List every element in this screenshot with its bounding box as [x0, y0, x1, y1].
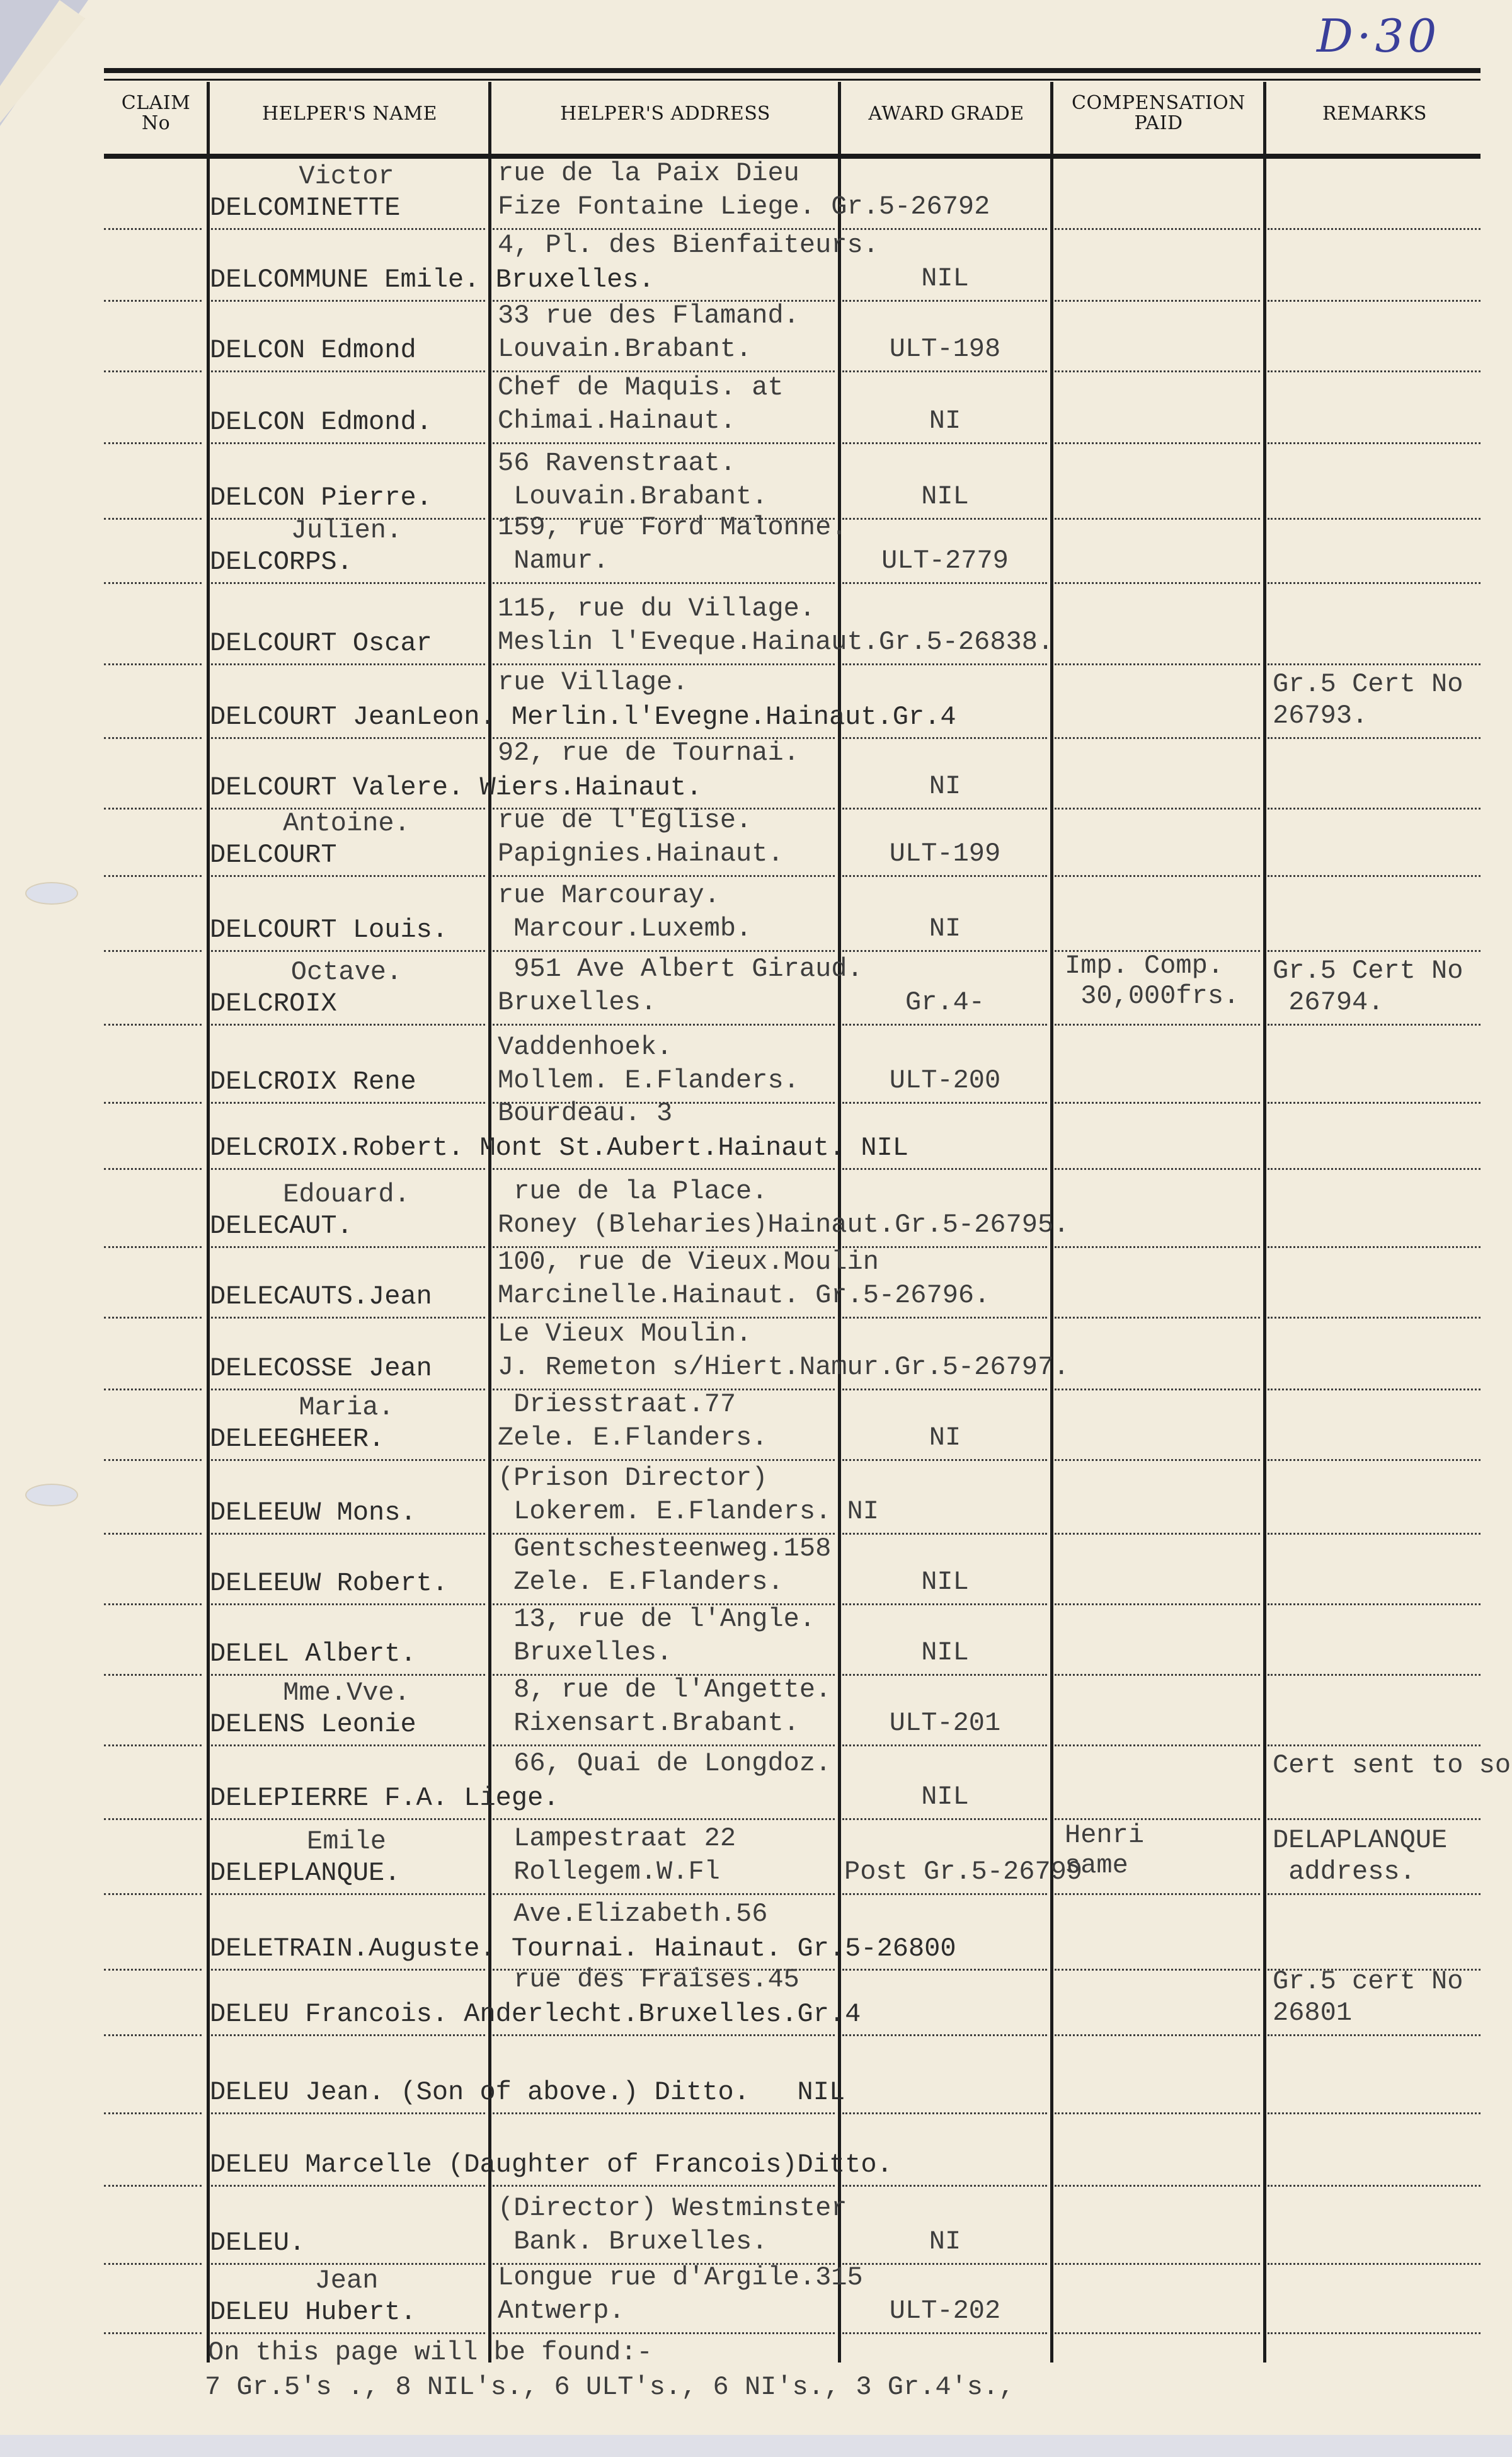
row-separator [211, 737, 485, 739]
helper-first-name: Victor [211, 161, 482, 192]
row-separator [211, 1389, 485, 1390]
row-separator [842, 1893, 1047, 1895]
row-separator [842, 2112, 1047, 2114]
row-separator [493, 1893, 835, 1895]
helper-address-line2: Marcinelle.Hainaut. Gr.5-26796. [498, 1280, 990, 1310]
row-separator [1268, 1102, 1480, 1104]
row-separator [1268, 1818, 1480, 1820]
header-top-thick-rule [104, 68, 1480, 73]
row-separator [1268, 1389, 1480, 1390]
helper-name: DELCOURT Louis. [210, 915, 448, 945]
row-separator [842, 1533, 1047, 1535]
row-separator [493, 2112, 835, 2114]
row-separator [1268, 518, 1480, 520]
helper-name: DELEU Hubert. [210, 2297, 416, 2327]
row-separator [1055, 1024, 1260, 1026]
row-separator [211, 2034, 485, 2036]
award-grade: NIL [844, 1782, 1046, 1812]
helper-name: DELCOMMUNE Emile. Bruxelles. [210, 265, 655, 295]
remarks-line1: Gr.5 Cert No [1273, 956, 1463, 986]
row-separator [1268, 737, 1480, 739]
row-separator [211, 2112, 485, 2114]
row-separator [842, 2185, 1047, 2187]
row-separator [1055, 2185, 1260, 2187]
row-separator [104, 875, 202, 877]
award-grade: NIL [844, 1637, 1046, 1668]
row-separator [842, 808, 1047, 810]
helper-address-line1: 33 rue des Flamand. [498, 301, 799, 331]
helper-address-line2: Antwerp. [498, 2296, 625, 2326]
row-separator [1268, 442, 1480, 444]
row-separator [1055, 1102, 1260, 1104]
row-separator [1055, 300, 1260, 302]
row-separator [211, 442, 485, 444]
row-separator [211, 2185, 485, 2187]
helper-address-line1: rue de l'Eglise. [498, 805, 752, 835]
compensation-paid: Imp. Comp. 30,000frs. [1065, 951, 1239, 1011]
row-separator [1055, 1317, 1260, 1319]
row-separator [1055, 2332, 1260, 2334]
row-separator [211, 1674, 485, 1676]
row-separator [211, 1603, 485, 1605]
row-separator [1268, 950, 1480, 952]
helper-address-line2: Bruxelles. [498, 1637, 672, 1668]
row-separator [493, 2332, 835, 2334]
award-grade: Post Gr.5-26799 [844, 1857, 1046, 1887]
helper-address-line2: J. Remeton s/Hiert.Namur.Gr.5-26797. [498, 1352, 1069, 1382]
row-separator [1055, 1893, 1260, 1895]
helper-name: DELEPLANQUE. [210, 1858, 400, 1888]
helper-address-line1: (Prison Director) [498, 1463, 767, 1493]
row-separator [211, 300, 485, 302]
row-separator [1055, 1969, 1260, 1971]
handwritten-page-reference: D·30 [1317, 9, 1440, 62]
award-grade: NI [844, 1423, 1046, 1453]
row-separator [104, 1168, 202, 1170]
row-separator [493, 1744, 835, 1746]
row-separator [1268, 875, 1480, 877]
row-separator [842, 1674, 1047, 1676]
helper-address-line1: Le Vieux Moulin. [498, 1319, 752, 1349]
award-grade: ULT-200 [844, 1065, 1046, 1096]
row-separator [493, 582, 835, 584]
row-separator [842, 518, 1047, 520]
helper-name: DELCON Pierre. [210, 483, 432, 513]
row-separator [842, 1317, 1047, 1319]
row-separator [1268, 663, 1480, 665]
document-page: D·30 CLAIM No HELPER'S NAME HELPER'S ADD… [0, 0, 1512, 2435]
row-separator [842, 2034, 1047, 2036]
helper-first-name: Antoine. [211, 808, 482, 839]
row-separator [842, 2263, 1047, 2265]
remarks-line2: 26794. [1273, 987, 1383, 1017]
helper-address-line2: Zele. E.Flanders. [498, 1567, 784, 1597]
footer-summary-intro: On this page will be found:- [208, 2337, 653, 2368]
row-separator [842, 1969, 1047, 1971]
row-separator [104, 1969, 202, 1971]
header-top-thin-rule [104, 79, 1480, 81]
header-award-grade: AWARD GRADE [842, 104, 1050, 124]
helper-name: DELEU Francois. Anderlecht.Bruxelles.Gr.… [210, 1999, 861, 2029]
row-separator [493, 2185, 835, 2187]
row-separator [1268, 2185, 1480, 2187]
award-grade: ULT-198 [844, 334, 1046, 364]
row-separator [1268, 582, 1480, 584]
helper-name: DELCON Edmond [210, 335, 416, 365]
row-separator [493, 1168, 835, 1170]
award-grade: NI [844, 2226, 1046, 2257]
row-separator [842, 1603, 1047, 1605]
row-separator [1268, 2112, 1480, 2114]
helper-name: DELCOURT Valere. Wiers.Hainaut. [210, 772, 702, 803]
row-separator [211, 663, 485, 665]
helper-address-line1: Lampestraat 22 [498, 1823, 736, 1853]
helper-first-name: Maria. [211, 1392, 482, 1423]
row-separator [1268, 228, 1480, 230]
row-separator [211, 1102, 485, 1104]
remarks-line1: Gr.5 cert No [1273, 1966, 1463, 1996]
row-separator [211, 1969, 485, 1971]
row-separator [493, 1459, 835, 1461]
remarks-line1: DELAPLANQUE [1273, 1825, 1447, 1855]
row-separator [104, 442, 202, 444]
helper-address-line2: Mollem. E.Flanders. [498, 1065, 799, 1096]
header-claim-label: CLAIM [107, 93, 205, 113]
helper-address-line2: Lokerem. E.Flanders. NI [498, 1496, 879, 1526]
row-separator [211, 228, 485, 230]
row-separator [1268, 1603, 1480, 1605]
helper-address-line2: Papignies.Hainaut. [498, 839, 784, 869]
helper-first-name: Edouard. [211, 1179, 482, 1210]
punch-hole-top [25, 882, 78, 905]
helper-name: DELEEUW Mons. [210, 1498, 416, 1528]
helper-address-line1: rue de la Paix Dieu [498, 158, 799, 188]
row-separator [211, 370, 485, 372]
helper-name: DELCROIX Rene [210, 1067, 416, 1097]
award-grade: ULT-2779 [844, 546, 1046, 576]
helper-name: DELEEGHEER. [210, 1424, 384, 1454]
row-separator [1268, 1024, 1480, 1026]
row-separator [842, 370, 1047, 372]
helper-address-line2: Louvain.Brabant. [498, 334, 752, 364]
award-grade: NIL [844, 481, 1046, 512]
helper-address-line2: Bank. Bruxelles. [498, 2226, 767, 2257]
helper-address-line1: rue Marcouray. [498, 880, 720, 910]
row-separator [842, 1389, 1047, 1390]
row-separator [1055, 1674, 1260, 1676]
row-separator [842, 300, 1047, 302]
row-separator [1268, 1168, 1480, 1170]
row-separator [104, 1317, 202, 1319]
row-separator [493, 2034, 835, 2036]
row-separator [842, 1102, 1047, 1104]
row-separator [1055, 228, 1260, 230]
row-separator [1268, 2332, 1480, 2334]
row-separator [1055, 875, 1260, 877]
row-separator [493, 875, 835, 877]
helper-address-line1: 159, rue Ford Malonne. [498, 512, 847, 542]
row-separator [493, 663, 835, 665]
row-separator [493, 1024, 835, 1026]
row-separator [1055, 1533, 1260, 1535]
helper-address-line2: Chimai.Hainaut. [498, 406, 736, 436]
helper-name: DELCORPS. [210, 547, 353, 577]
header-remarks: REMARKS [1268, 104, 1482, 124]
award-grade: ULT-201 [844, 1708, 1046, 1738]
helper-first-name: Emile [211, 1826, 482, 1857]
helper-address-line1: Chef de Maquis. at [498, 372, 784, 403]
row-separator [1055, 370, 1260, 372]
row-separator [842, 1168, 1047, 1170]
row-separator [104, 1744, 202, 1746]
helper-address-line1: rue Village. [498, 667, 688, 697]
header-compensation-paid: COMPENSATION PAID [1055, 93, 1263, 134]
row-separator [842, 1744, 1047, 1746]
award-grade: NIL [844, 263, 1046, 294]
helper-name: DELECAUT. [210, 1211, 353, 1241]
row-separator [211, 1893, 485, 1895]
row-separator [1268, 1459, 1480, 1461]
row-separator [104, 1818, 202, 1820]
row-separator [104, 2332, 202, 2334]
row-separator [1055, 442, 1260, 444]
row-separator [1268, 1533, 1480, 1535]
helper-name: DELCROIX [210, 988, 337, 1019]
row-separator [1055, 1168, 1260, 1170]
helper-address-line1: 951 Ave Albert Giraud. [498, 954, 863, 984]
row-separator [1268, 1674, 1480, 1676]
helper-address-line2: Fize Fontaine Liege. Gr.5-26792 [498, 192, 990, 222]
row-separator [1268, 300, 1480, 302]
helper-address-line1: (Director) Westminster [498, 2193, 847, 2223]
row-separator [211, 582, 485, 584]
header-paid-label: PAID [1055, 113, 1263, 134]
row-separator [104, 1893, 202, 1895]
row-separator [211, 950, 485, 952]
row-separator [1055, 663, 1260, 665]
punch-hole-bottom [25, 1484, 78, 1506]
award-grade: NI [844, 913, 1046, 944]
row-separator [211, 2332, 485, 2334]
row-separator [211, 1317, 485, 1319]
row-separator [1055, 2263, 1260, 2265]
row-separator [1055, 582, 1260, 584]
row-separator [842, 582, 1047, 584]
row-separator [1055, 1389, 1260, 1390]
helper-address-line2: Meslin l'Eveque.Hainaut.Gr.5-26838. [498, 627, 1053, 657]
remarks-line1: Cert sent to son [1273, 1750, 1512, 1780]
row-separator [104, 300, 202, 302]
row-separator [104, 1533, 202, 1535]
remarks-line2: 26801 [1273, 1998, 1352, 2028]
helper-address-line2: Rixensart.Brabant. [498, 1708, 799, 1738]
helper-name: DELEU Marcelle (Daughter of Francois)Dit… [210, 2150, 893, 2180]
helper-address-line1: Gentschesteenweg.158 [498, 1533, 831, 1564]
row-separator [1055, 1246, 1260, 1248]
row-separator [104, 228, 202, 230]
row-separator [104, 1674, 202, 1676]
row-separator [211, 1744, 485, 1746]
row-separator [211, 1459, 485, 1461]
helper-name: DELEU. [210, 2228, 305, 2258]
helper-address-line1: 66, Quai de Longdoz. [498, 1748, 831, 1778]
helper-address-line2: Louvain.Brabant. [498, 481, 767, 512]
row-separator [104, 370, 202, 372]
helper-name: DELCOURT Oscar [210, 628, 432, 658]
header-claim-no: CLAIM No [107, 93, 205, 134]
helper-address-line1: Longue rue d'Argile.315 [498, 2262, 863, 2293]
row-separator [104, 950, 202, 952]
helper-name: DELCON Edmond. [210, 407, 432, 437]
helper-address-line2: Rollegem.W.Fl [498, 1857, 720, 1887]
row-separator [211, 1246, 485, 1248]
row-separator [1268, 2034, 1480, 2036]
award-grade: ULT-202 [844, 2296, 1046, 2326]
footer-summary-counts: 7 Gr.5's ., 8 NIL's., 6 ULT's., 6 NI's.,… [205, 2372, 1014, 2402]
helper-address-line1: 8, rue de l'Angette. [498, 1675, 831, 1705]
row-separator [104, 518, 202, 520]
row-separator [842, 1818, 1047, 1820]
helper-name: DELCOMINETTE [210, 193, 400, 223]
row-separator [1268, 370, 1480, 372]
helper-address-line1: 13, rue de l'Angle. [498, 1604, 815, 1634]
row-separator [842, 1459, 1047, 1461]
helper-address-line1: Bourdeau. 3 [498, 1098, 672, 1128]
row-separator [1055, 1603, 1260, 1605]
column-divider-compensation [1263, 82, 1266, 2362]
helper-address-line2: Roney (Bleharies)Hainaut.Gr.5-26795. [498, 1210, 1069, 1240]
row-separator [1268, 1246, 1480, 1248]
row-separator [842, 737, 1047, 739]
row-separator [842, 2332, 1047, 2334]
row-separator [1268, 2263, 1480, 2265]
helper-name: DELECOSSE Jean [210, 1353, 432, 1383]
helper-first-name: Julien. [211, 515, 482, 546]
remarks-line2: address. [1273, 1857, 1416, 1887]
award-grade: NI [844, 406, 1046, 436]
row-separator [104, 1459, 202, 1461]
helper-name: DELEU Jean. (Son of above.) Ditto. NIL [210, 2077, 845, 2107]
row-separator [842, 442, 1047, 444]
remarks-line1: Gr.5 Cert No [1273, 669, 1463, 699]
row-separator [104, 1024, 202, 1026]
row-separator [104, 2112, 202, 2114]
row-separator [211, 1818, 485, 1820]
row-separator [1055, 808, 1260, 810]
row-separator [104, 808, 202, 810]
row-separator [842, 950, 1047, 952]
helper-address-line1: Driesstraat.77 [498, 1389, 736, 1419]
row-separator [211, 2263, 485, 2265]
helper-address-line1: 92, rue de Tournai. [498, 738, 799, 768]
row-separator [104, 2185, 202, 2187]
row-separator [211, 1024, 485, 1026]
helper-name: DELCROIX.Robert. Mont St.Aubert.Hainaut.… [210, 1133, 908, 1163]
header-compensation-label: COMPENSATION [1055, 93, 1263, 113]
helper-address-line1: 115, rue du Village. [498, 593, 815, 624]
row-separator [1268, 1893, 1480, 1895]
helper-address-line1: rue des Fraises.45 [498, 1964, 799, 1995]
row-separator [104, 582, 202, 584]
header-helpers-name: HELPER'S NAME [211, 104, 488, 124]
helper-address-line2: Marcour.Luxemb. [498, 913, 752, 944]
row-separator [493, 950, 835, 952]
row-separator [104, 663, 202, 665]
row-separator [1055, 518, 1260, 520]
row-separator [104, 2034, 202, 2036]
helper-address-line1: 56 Ravenstraat. [498, 448, 736, 478]
helper-name: DELENS Leonie [210, 1709, 416, 1739]
row-separator [842, 663, 1047, 665]
award-grade: NIL [844, 1567, 1046, 1597]
helper-address-line2: Zele. E.Flanders. [498, 1423, 767, 1453]
header-no-label: No [107, 113, 205, 134]
remarks-line2: 26793. [1273, 701, 1368, 731]
helper-name: DELETRAIN.Auguste. Tournai. Hainaut. Gr.… [210, 1933, 956, 1964]
award-grade: NI [844, 771, 1046, 801]
helper-name: DELEL Albert. [210, 1639, 416, 1669]
row-separator [1268, 1317, 1480, 1319]
helper-name: DELECAUTS.Jean [210, 1281, 432, 1312]
helper-address-line2: Namur. [498, 546, 609, 576]
helper-name: DELCOURT JeanLeon. Merlin.l'Evegne.Haina… [210, 702, 956, 732]
row-separator [842, 1024, 1047, 1026]
row-separator [104, 1389, 202, 1390]
row-separator [104, 1102, 202, 1104]
row-separator [1055, 2034, 1260, 2036]
row-separator [104, 1246, 202, 1248]
award-grade: Gr.4- [844, 987, 1046, 1017]
helper-address-line1: Vaddenhoek. [498, 1032, 672, 1062]
award-grade: ULT-199 [844, 839, 1046, 869]
row-separator [211, 1168, 485, 1170]
helper-address-line2: Bruxelles. [498, 987, 656, 1017]
row-separator [1055, 1744, 1260, 1746]
header-helpers-address: HELPER'S ADDRESS [493, 104, 838, 124]
helper-name: DELCOURT [210, 840, 337, 870]
row-separator [104, 1603, 202, 1605]
row-separator [1268, 808, 1480, 810]
helper-name: DELEPIERRE F.A. Liege. [210, 1783, 559, 1813]
row-separator [842, 875, 1047, 877]
helper-first-name: Mme.Vve. [211, 1678, 482, 1708]
row-separator [211, 875, 485, 877]
helper-address-line1: 4, Pl. des Bienfaiteurs. [498, 230, 879, 260]
row-separator [1055, 1459, 1260, 1461]
helper-address-line1: rue de la Place. [498, 1176, 767, 1206]
helper-address-line1: Ave.Elizabeth.56 [498, 1899, 767, 1929]
helper-first-name: Jean [211, 2265, 482, 2296]
row-separator [104, 737, 202, 739]
row-separator [211, 1533, 485, 1535]
helper-address-line1: 100, rue de Vieux.Moulin [498, 1247, 879, 1277]
row-separator [1268, 1744, 1480, 1746]
helper-name: DELEEUW Robert. [210, 1568, 448, 1598]
row-separator [493, 442, 835, 444]
row-separator [1055, 737, 1260, 739]
row-separator [104, 2263, 202, 2265]
row-separator [1055, 2112, 1260, 2114]
helper-first-name: Octave. [211, 957, 482, 987]
row-separator [493, 1818, 835, 1820]
compensation-paid: Henri same [1065, 1820, 1144, 1881]
